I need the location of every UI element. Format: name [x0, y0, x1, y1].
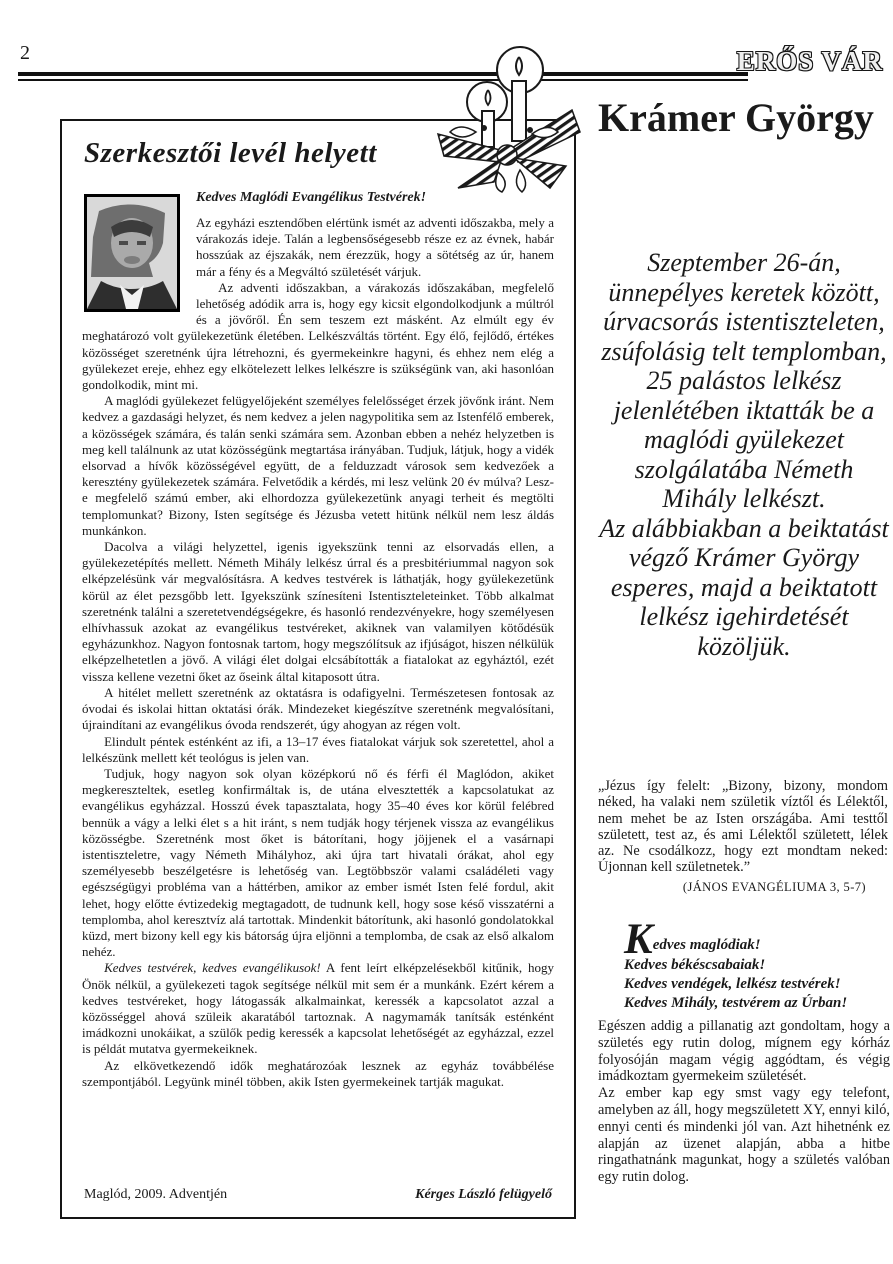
article-lede-paragraph: Szeptember 26-án, ünnepélyes keretek köz…: [598, 248, 890, 514]
greeting-line: Kedves Mihály, testvérem az Úrban!: [624, 994, 890, 1013]
advent-candles-ornament-icon: [432, 44, 584, 196]
letter-paragraph: A maglódi gyülekezet felügyelőjeként sze…: [82, 393, 554, 539]
letter-paragraph: Dacolva a világi helyzettel, igenis igye…: [82, 539, 554, 685]
scripture-quote: „Jézus így felelt: „Bizony, bizony, mond…: [598, 778, 888, 876]
greeting-line: Kedves vendégek, lelkész testvérek!: [624, 975, 890, 994]
greeting-first-line: edves maglódiak!: [653, 937, 761, 953]
sermon-paragraph: Az ember kap egy smst vagy egy telefont,…: [598, 1085, 890, 1186]
greeting-line: Kedves maglódiak!: [624, 924, 890, 956]
sermon-paragraph: Egészen addig a pillanatig azt gondoltam…: [598, 1018, 890, 1085]
editor-letter-box: Szerkesztői levél helyett Kedves Maglódi…: [60, 119, 576, 1219]
letter-paragraph: Az elkövetkezendő idők meghatározóak les…: [82, 1058, 554, 1090]
letter-closing-paragraph: Kedves testvérek, kedves evangélikusok! …: [82, 960, 554, 1057]
page-number: 2: [20, 42, 30, 65]
masthead-title: ERŐS VÁR: [737, 46, 883, 77]
letter-signature: Kérges László felügyelő: [415, 1187, 552, 1203]
letter-footer: Maglód, 2009. Adventjén Kérges László fe…: [84, 1187, 552, 1203]
greeting-block: Kedves maglódiak! Kedves békéscsabaiak! …: [624, 924, 890, 1013]
letter-dateline: Maglód, 2009. Adventjén: [84, 1187, 227, 1203]
letter-paragraph: Tudjuk, hogy nagyon sok olyan középkorú …: [82, 766, 554, 960]
scripture-block: „Jézus így felelt: „Bizony, bizony, mond…: [598, 778, 888, 895]
scripture-citation: (JÁNOS EVANGÉLIUMA 3, 5-7): [598, 879, 888, 895]
letter-paragraph: Elindult péntek esténként az ifi, a 13–1…: [82, 734, 554, 766]
header-rule: [18, 72, 748, 81]
article-headline: Krámer György: [598, 94, 892, 141]
article-lede-paragraph: Az alábbiakban a beiktatást végző Krámer…: [598, 514, 890, 662]
letter-closing-lead: Kedves testvérek, kedves evangélikusok!: [104, 960, 321, 975]
author-photo: [84, 194, 180, 312]
article-lede: Szeptember 26-án, ünnepélyes keretek köz…: [598, 248, 890, 661]
sermon-text: Egészen addig a pillanatig azt gondoltam…: [598, 1018, 890, 1186]
letter-paragraph: A hitélet mellett szeretnénk az oktatásr…: [82, 685, 554, 734]
greeting-line: Kedves békéscsabaiak!: [624, 956, 890, 975]
